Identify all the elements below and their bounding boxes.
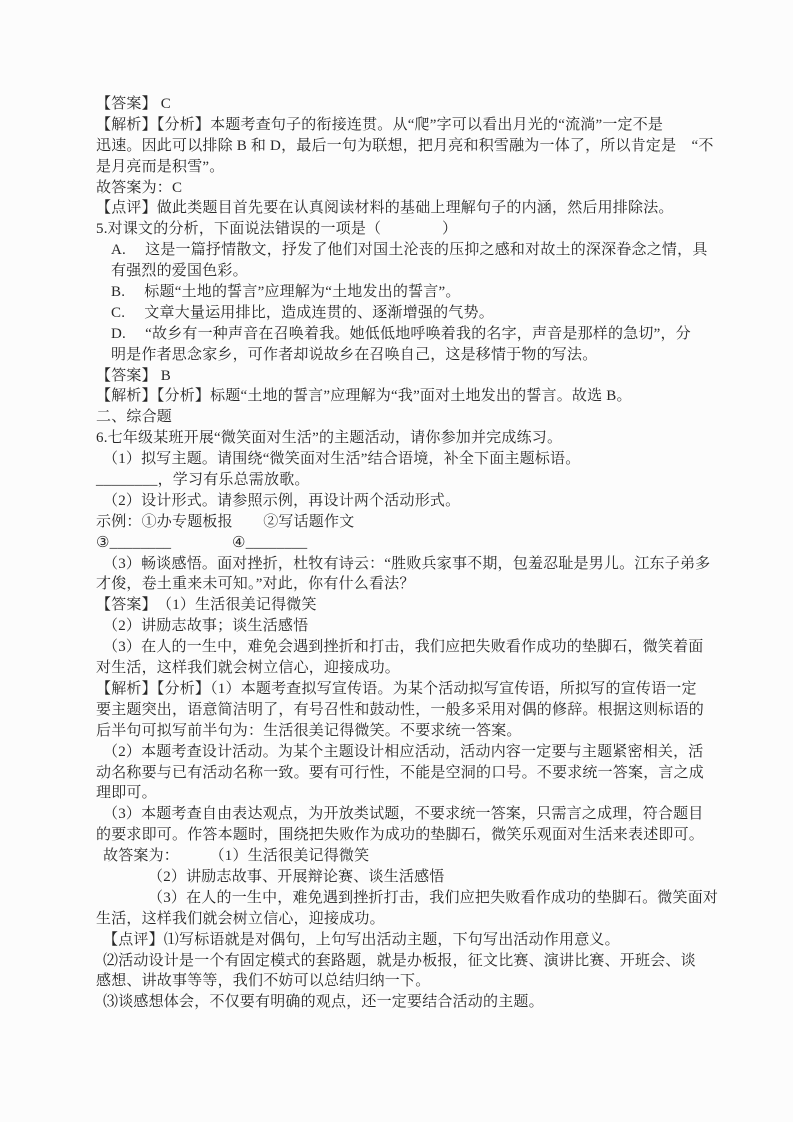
text-line: 【解析】【分析】（1）本题考查拟写宣传语。为某个活动拟写宣传语，所拟写的宣传语一…	[96, 679, 708, 700]
text-line: 【答案】 C	[96, 94, 708, 115]
text-line: 【解析】【分析】标题“土地的誓言”应理解为“我”面对土地发出的誓言。故选 B。	[96, 386, 708, 407]
text-line: C. 文章大量运用排比，造成连贯的、逐渐增强的气势。	[96, 303, 708, 324]
text-line: （3）本题考查自由表达观点，为开放类试题，不要求统一答案，只需言之成理，符合题目	[96, 804, 708, 825]
text-line: （2）本题考查设计活动。为某个主题设计相应活动，活动内容一定要与主题紧密相关，活	[96, 742, 708, 763]
text-line: 明是作者思念家乡，可作者却说故乡在召唤自己，这是移情于物的写法。	[96, 345, 708, 366]
document-body: 【答案】 C【解析】【分析】本题考查句子的衔接连贯。从“爬”字可以看出月光的“流…	[96, 94, 708, 1013]
text-line: A. 这是一篇抒情散文，抒发了他们对国土沦丧的压抑之感和对故土的深深眷念之情，具	[96, 240, 708, 261]
document-page: 【答案】 C【解析】【分析】本题考查句子的衔接连贯。从“爬”字可以看出月光的“流…	[0, 0, 793, 1122]
text-line: 迅速。因此可以排除 B 和 D，最后一句为联想，把月亮和积雪融为一体了，所以肯定…	[96, 136, 708, 157]
text-line: ⑵活动设计是一个有固定模式的套路题，就是办板报，征文比赛、演讲比赛、开班会、谈	[96, 951, 708, 972]
text-line: 【点评】⑴写标语就是对偶句，上句写出活动主题，下句写出活动作用意义。	[96, 930, 708, 951]
text-line: 【解析】【分析】本题考查句子的衔接连贯。从“爬”字可以看出月光的“流淌”一定不是	[96, 115, 708, 136]
text-line: （1）拟写主题。请围绕“微笑面对生活”结合语境，补全下面主题标语。	[96, 449, 708, 470]
text-line: 后半句可拟写前半句为：生活很美记得微笑。不要求统一答案。	[96, 721, 708, 742]
text-line: 生活，这样我们就会树立信心，迎接成功。	[96, 909, 708, 930]
text-line: 动名称要与已有活动名称一致。要有可行性，不能是空洞的口号。不要求统一答案，言之成	[96, 763, 708, 784]
text-line: 【点评】做此类题目首先要在认真阅读材料的基础上理解句子的内涵，然后用排除法。	[96, 198, 708, 219]
text-line: 示例：①办专题板报 ②写话题作文	[96, 512, 708, 533]
text-line: 才俊，卷土重来未可知。”对此，你有什么看法？	[96, 574, 708, 595]
text-line: （2）讲励志故事；谈生活感悟	[96, 616, 708, 637]
text-line: 5.对课文的分析，下面说法错误的一项是（ ）	[96, 219, 708, 240]
text-line: 对生活，这样我们就会树立信心，迎接成功。	[96, 658, 708, 679]
text-line: 【答案】 B	[96, 366, 708, 387]
text-line: ⑶谈感想体会，不仅要有明确的观点，还一定要结合活动的主题。	[96, 992, 708, 1013]
text-line: （3）畅谈感悟。面对挫折，杜牧有诗云：“胜败兵家事不期，包羞忍耻是男儿。江东子弟…	[96, 554, 708, 575]
text-line: 理即可。	[96, 783, 708, 804]
text-line: 是月亮而是积雪”。	[96, 157, 708, 178]
text-line: 要主题突出，语意简洁明了，有号召性和鼓动性，一般多采用对偶的修辞。根据这则标语的	[96, 700, 708, 721]
text-line: 感想、讲故事等等，我们不妨可以总结归纳一下。	[96, 971, 708, 992]
text-line: ________，学习有乐总需放歌。	[96, 470, 708, 491]
text-line: 有强烈的爱国色彩。	[96, 261, 708, 282]
text-line: （2）设计形式。请参照示例，再设计两个活动形式。	[96, 491, 708, 512]
text-line: 故答案为：C	[96, 178, 708, 199]
text-line: 6.七年级某班开展“微笑面对生活”的主题活动，请你参加并完成练习。	[96, 428, 708, 449]
text-line: 【答案】 （1）生活很美记得微笑	[96, 595, 708, 616]
text-line: （2）讲励志故事、开展辩论赛、谈生活感悟	[96, 867, 708, 888]
text-line: ③________ ④________	[96, 533, 708, 554]
text-line: D. “故乡有一种声音在召唤着我。她低低地呼唤着我的名字，声音是那样的急切”，分	[96, 324, 708, 345]
text-line: 二、综合题	[96, 407, 708, 428]
text-line: 故答案为： （1）生活很美记得微笑	[96, 846, 708, 867]
text-line: （3）在人的一生中，难免遇到挫折打击，我们应把失败看作成功的垫脚石。微笑面对	[96, 888, 708, 909]
text-line: B. 标题“土地的誓言”应理解为“土地发出的誓言”。	[96, 282, 708, 303]
text-line: （3）在人的一生中，难免会遇到挫折和打击，我们应把失败看作成功的垫脚石，微笑着面	[96, 637, 708, 658]
text-line: 的要求即可。作答本题时，围绕把失败作为成功的垫脚石，微笑乐观面对生活来表述即可。	[96, 825, 708, 846]
